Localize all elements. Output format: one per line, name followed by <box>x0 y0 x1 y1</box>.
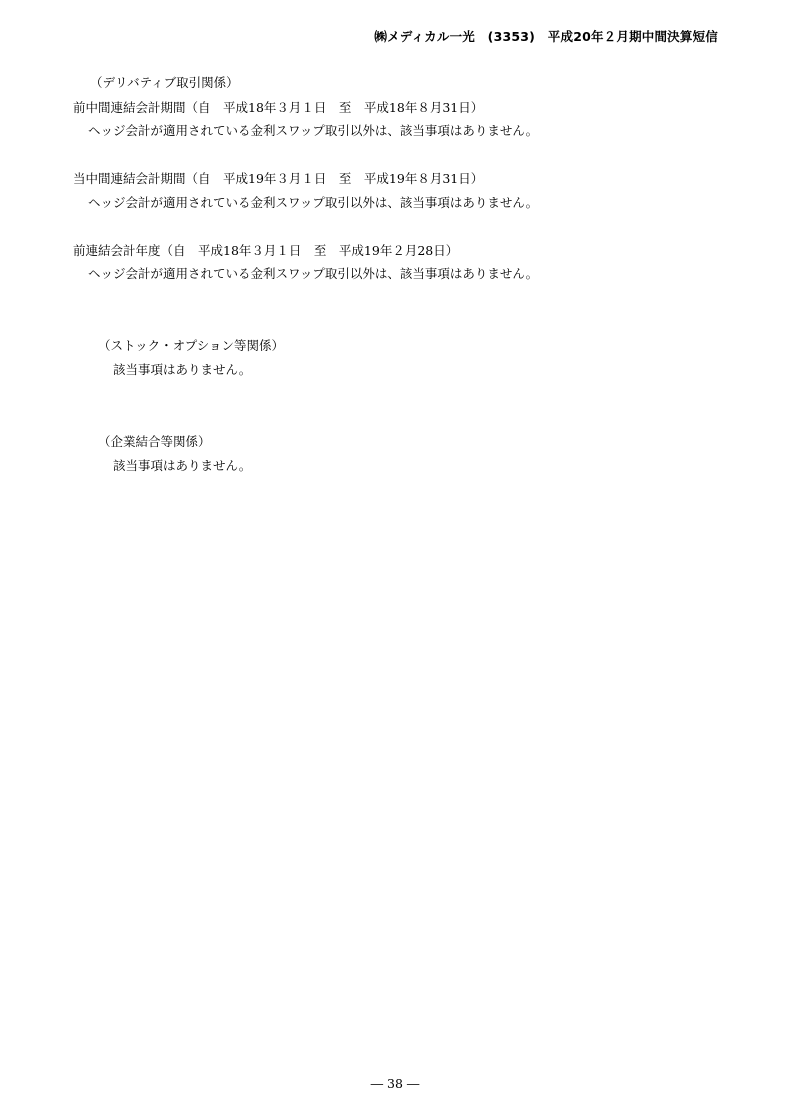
business-combination-body: 該当事項はありません。 <box>113 458 251 474</box>
derivative-heading: （デリバティブ取引関係） <box>90 75 239 91</box>
derivative-period-prior-fiscal-label: 前連結会計年度（自 平成18年３月１日 至 平成19年２月28日） <box>73 243 458 259</box>
business-combination-heading: （企業結合等関係） <box>98 434 211 450</box>
stock-option-body: 該当事項はありません。 <box>113 362 251 378</box>
derivative-period-prior-interim-label: 前中間連結会計期間（自 平成18年３月１日 至 平成18年８月31日） <box>73 100 483 116</box>
stock-option-heading: （ストック・オプション等関係） <box>98 338 284 354</box>
derivative-period-current-interim-label: 当中間連結会計期間（自 平成19年３月１日 至 平成19年８月31日） <box>73 171 483 187</box>
page-header: ㈱メディカル一光 (3353) 平成20年２月期中間決算短信 <box>374 27 718 45</box>
derivative-period-prior-interim-body: ヘッジ会計が適用されている金利スワップ取引以外は、該当事項はありません。 <box>88 123 538 139</box>
page-number: ― 38 ― <box>0 1076 790 1091</box>
derivative-period-current-interim-body: ヘッジ会計が適用されている金利スワップ取引以外は、該当事項はありません。 <box>88 195 538 211</box>
derivative-period-prior-fiscal-body: ヘッジ会計が適用されている金利スワップ取引以外は、該当事項はありません。 <box>88 266 538 282</box>
